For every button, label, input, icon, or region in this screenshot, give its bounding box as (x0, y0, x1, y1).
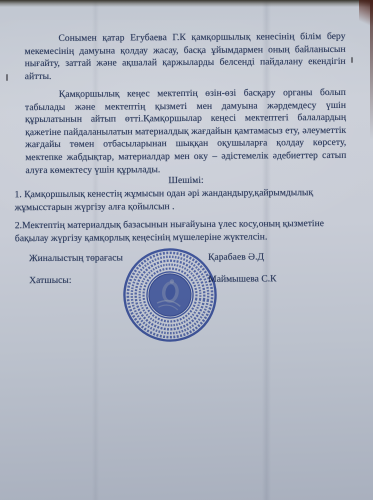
document-photo: Сонымен қатар Егубаева Г.К қамқоршылық к… (0, 0, 373, 500)
paragraph-1: Сонымен қатар Егубаева Г.К қамқоршылық к… (24, 31, 345, 84)
chairman-label: Жиналыстың төрағасы (29, 252, 123, 265)
decision-item-2: 2.Мектептің материалдық базасынын нығайу… (15, 218, 347, 246)
official-stamp-icon (115, 240, 226, 351)
secretary-label: Хатшысы: (29, 275, 71, 288)
decision-item-1: 1. Қамқоршылық кенестің жұмысын одан әрі… (15, 187, 345, 214)
paragraph-2: Қамқоршылық кеңес мектептің өзін-өзі бас… (25, 87, 347, 177)
